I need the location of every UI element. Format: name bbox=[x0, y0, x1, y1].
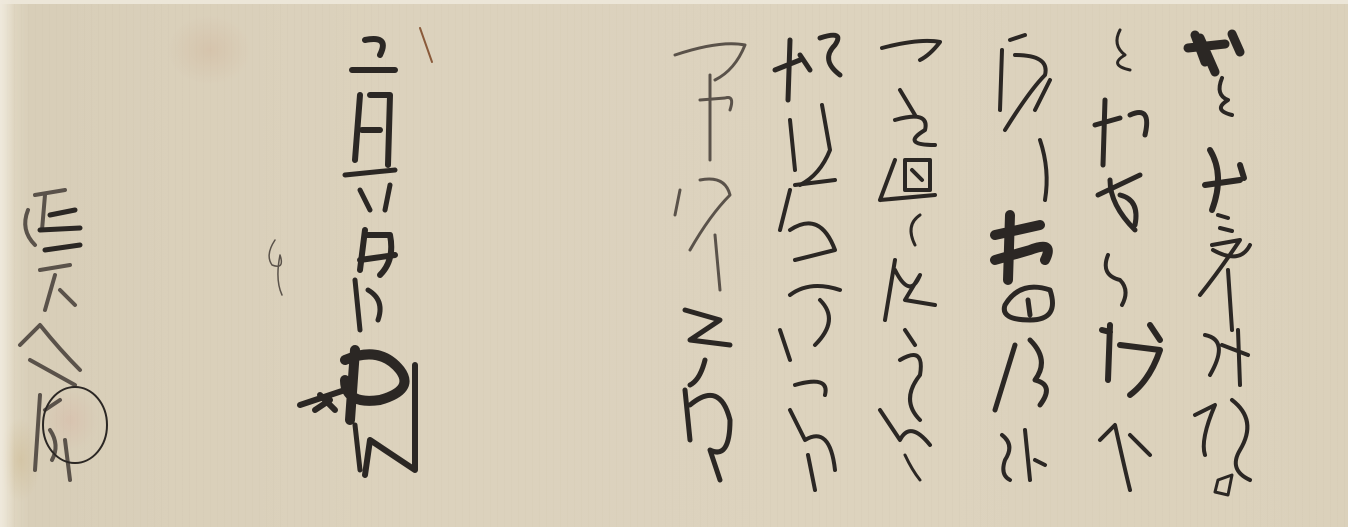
body-column-1 bbox=[1188, 34, 1250, 495]
ink-mark bbox=[420, 28, 432, 62]
body-column-3 bbox=[995, 35, 1053, 480]
body-column-5 bbox=[775, 35, 840, 490]
faint-stroke bbox=[269, 240, 282, 295]
body-column-6 bbox=[675, 44, 745, 480]
document-sheet: 二月廿六日 氏親 ...御宿所 bbox=[0, 0, 1348, 527]
red-seal-impression bbox=[43, 387, 107, 463]
calligraphy-ink bbox=[0, 0, 1348, 527]
body-column-4 bbox=[880, 41, 940, 480]
signature-kao bbox=[300, 350, 415, 475]
addressee-column bbox=[20, 190, 80, 480]
date-line bbox=[345, 39, 395, 330]
body-column-2 bbox=[1095, 30, 1160, 490]
